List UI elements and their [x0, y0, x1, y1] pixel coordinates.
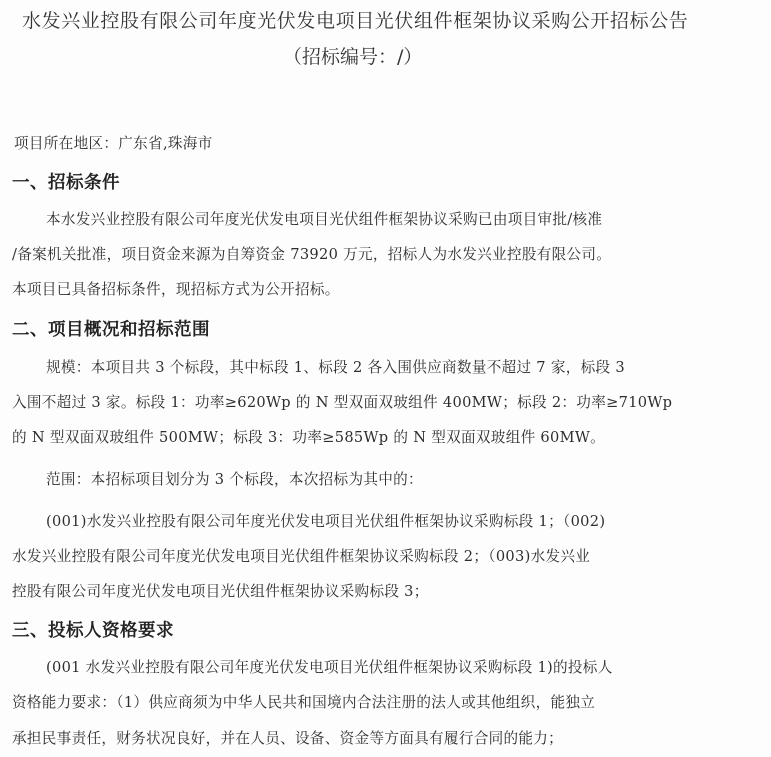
tender-number: （招标编号：/）	[283, 42, 422, 69]
paragraph-line: 范围：本招标项目划分为 3 个标段，本次招标为其中的：	[46, 468, 423, 489]
paragraph-line: 的 N 型双面双玻组件 500MW；标段 3：功率≥585Wp 的 N 型双面双…	[12, 426, 605, 447]
paragraph-line: 本项目已具备招标条件，现招标方式为公开招标。	[12, 278, 340, 299]
paragraph-line: (001 水发兴业控股有限公司年度光伏发电项目光伏组件框架协议采购标段 1)的投…	[46, 656, 613, 677]
project-region: 项目所在地区：广东省,珠海市	[14, 132, 213, 153]
paragraph-line: 规模：本项目共 3 个标段，其中标段 1、标段 2 各入围供应商数量不超过 7 …	[46, 356, 625, 377]
paragraph-line: 水发兴业控股有限公司年度光伏发电项目光伏组件框架协议采购标段 2；（003)水发…	[12, 545, 590, 566]
section-heading-tender-conditions: 一、招标条件	[12, 169, 120, 194]
paragraph-line: 控股有限公司年度光伏发电项目光伏组件框架协议采购标段 3；	[12, 580, 429, 601]
paragraph-line: 入围不超过 3 家。标段 1：功率≥620Wp 的 N 型双面双玻组件 400M…	[12, 391, 672, 412]
paragraph-line: 本水发兴业控股有限公司年度光伏发电项目光伏组件框架协议采购已由项目审批/核准	[46, 208, 602, 229]
paragraph-line: (001)水发兴业控股有限公司年度光伏发电项目光伏组件框架协议采购标段 1；（0…	[46, 510, 605, 531]
document-title: 水发兴业控股有限公司年度光伏发电项目光伏组件框架协议采购公开招标公告	[22, 6, 688, 33]
paragraph-line: 资格能力要求：（1）供应商须为中华人民共和国境内合法注册的法人或其他组织，能独立	[12, 691, 595, 712]
section-heading-project-overview: 二、项目概况和招标范围	[12, 316, 210, 341]
paragraph-line: 承担民事责任，财务状况良好，并在人员、设备、资金等方面具有履行合同的能力；	[12, 727, 563, 748]
tender-announcement-document: 水发兴业控股有限公司年度光伏发电项目光伏组件框架协议采购公开招标公告 （招标编号…	[0, 0, 771, 757]
paragraph-line: /备案机关批准，项目资金来源为自筹资金 73920 万元，招标人为水发兴业控股有…	[12, 243, 611, 264]
section-heading-bidder-qualifications: 三、投标人资格要求	[12, 617, 174, 642]
